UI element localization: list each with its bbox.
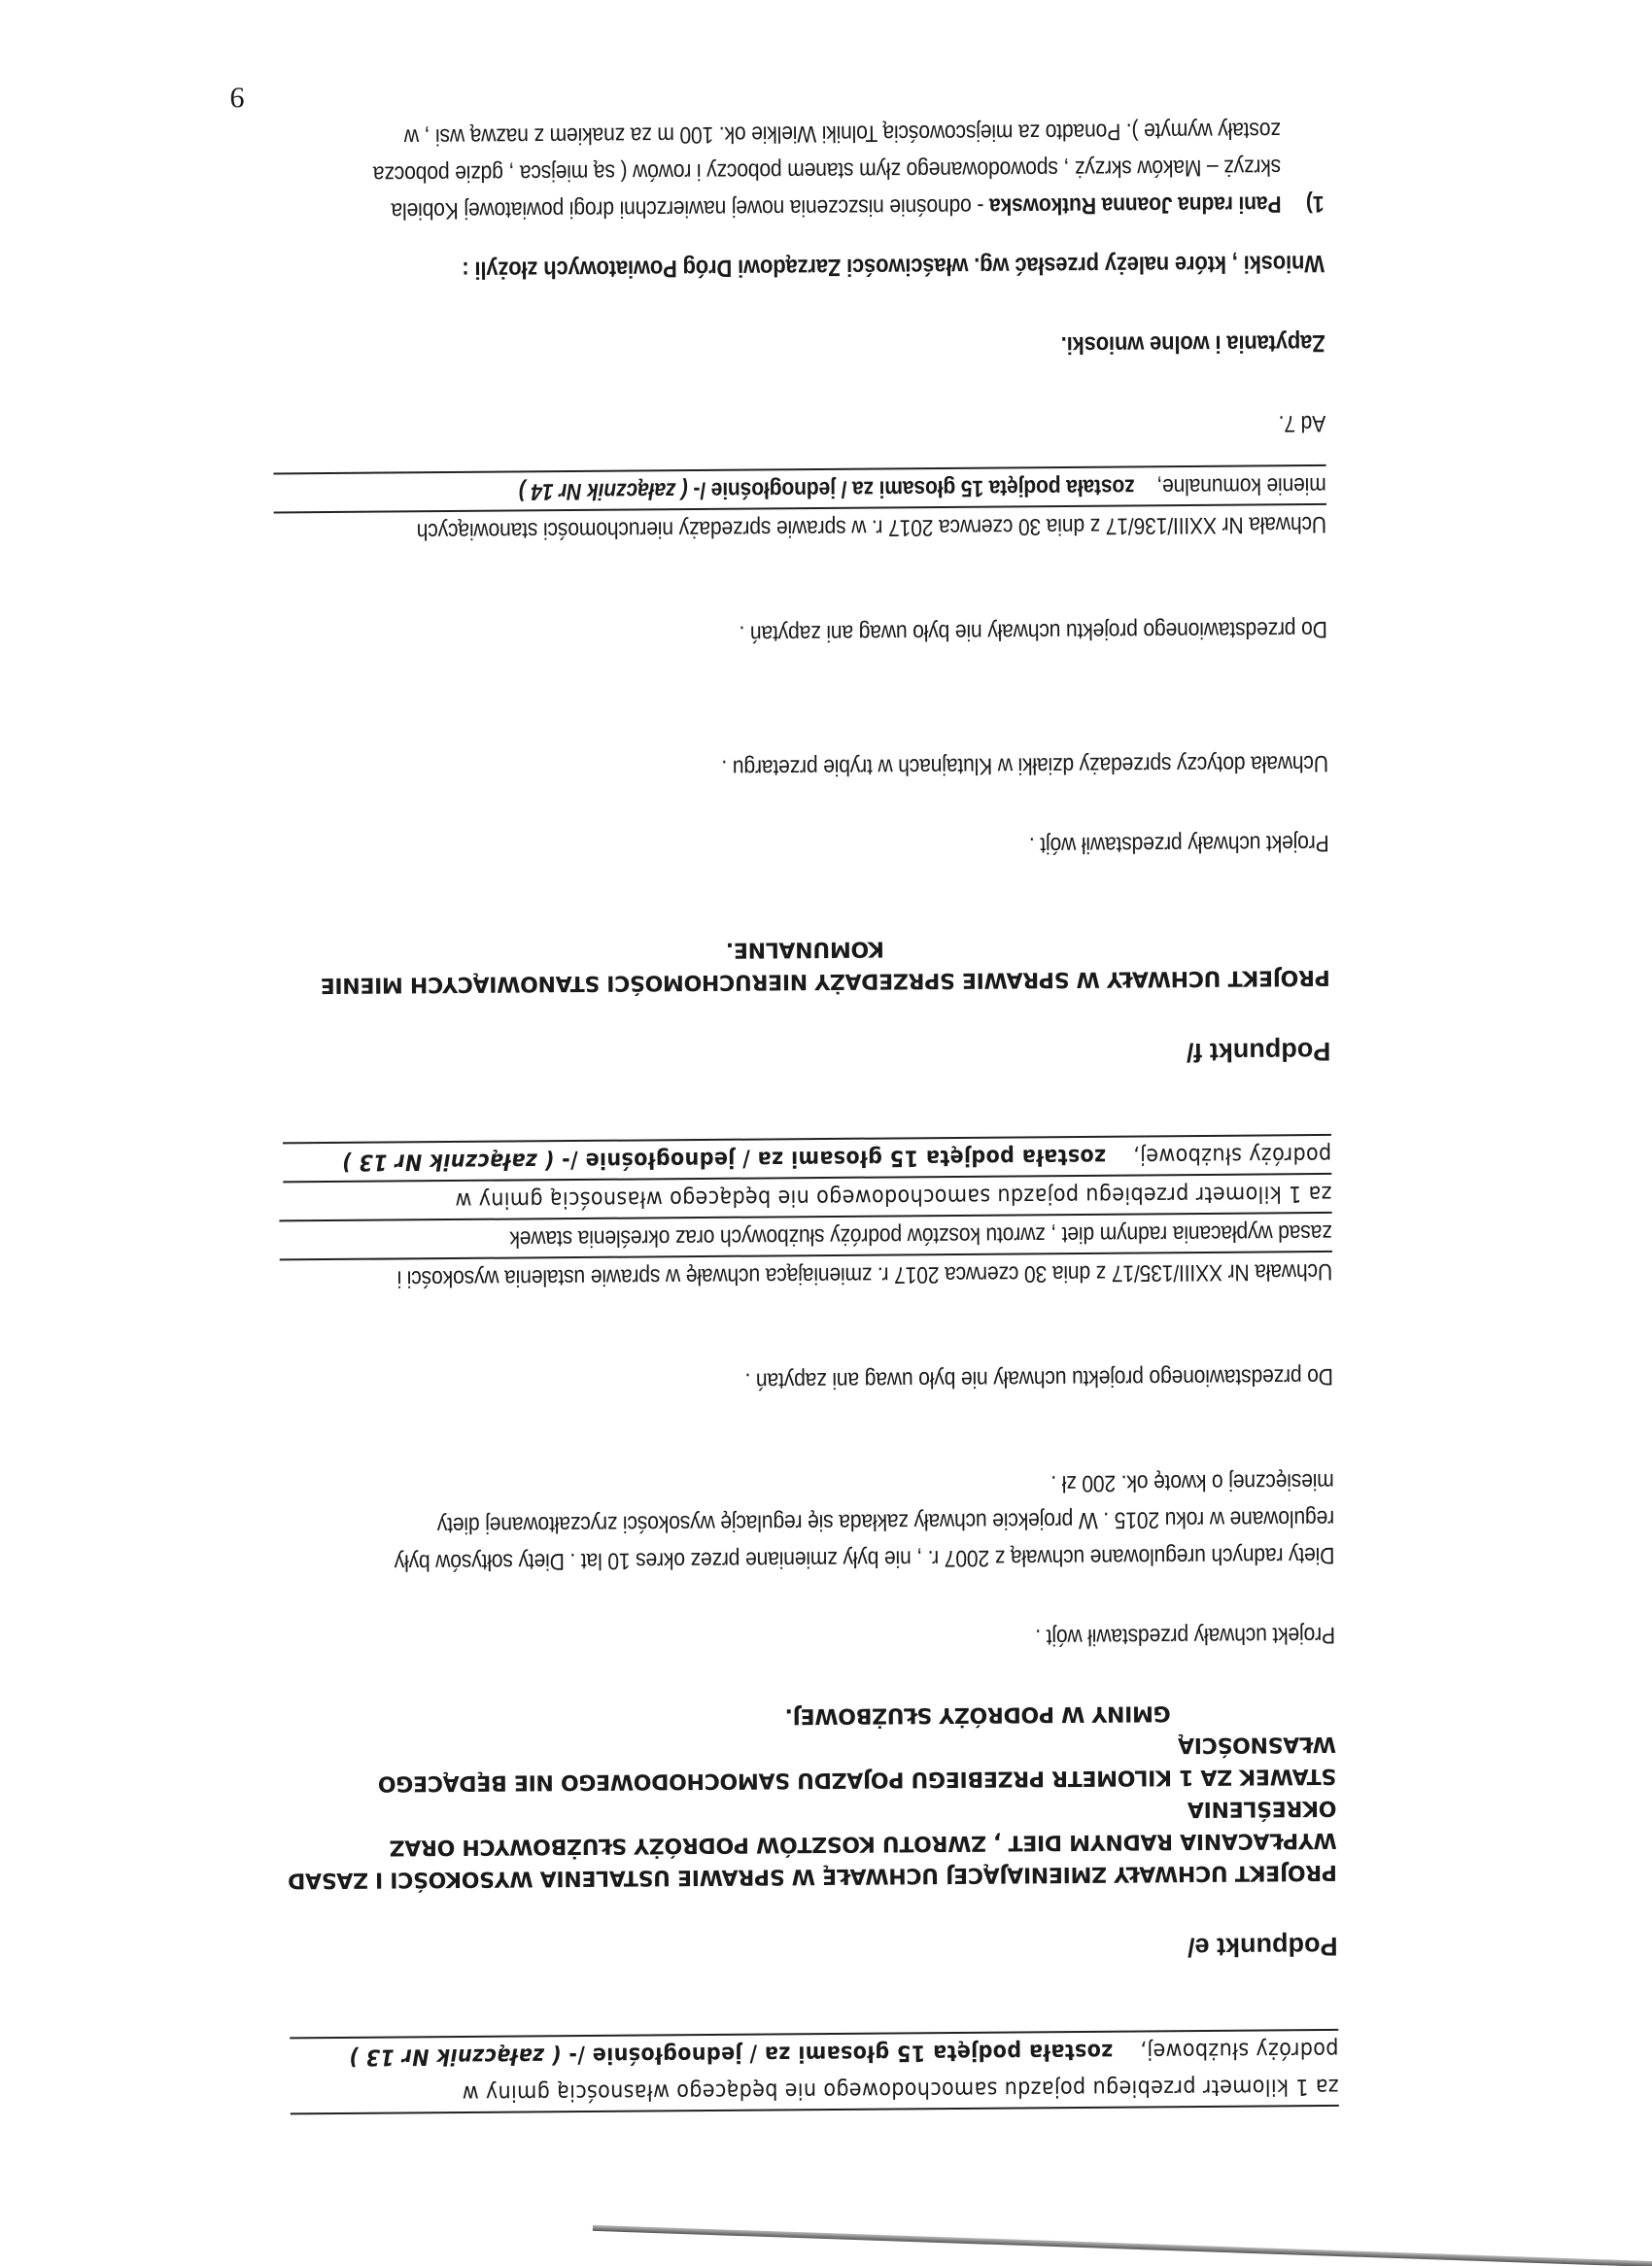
- continuation-block: za 1 kilometr przebiegu pojazdu samochod…: [289, 2029, 1339, 2114]
- section-f-vote-result: została podjęta 15 głosami za / jednogło…: [688, 473, 1135, 503]
- section-e-heading: PROJEKT UCHWAŁY ZMIENIAJĄCEJ UCHWAŁĘ W S…: [287, 1696, 1338, 1896]
- document-body: za 1 kilometr przebiegu pojazdu samochod…: [274, 111, 1339, 2114]
- section-e-heading-line: WYPŁACANIA RADNYM DIET , ZWROTU KOSZTÓW …: [287, 1792, 1336, 1864]
- section-e-resolution: Uchwała Nr XXIII/135/17 z dnia 30 czerwc…: [282, 1134, 1332, 1297]
- section-e-description: Diety radnych uregulowane uchwałą z 2007…: [285, 1462, 1335, 1581]
- motion-item-person: Pani radna Joanna Rutkowska: [989, 190, 1282, 219]
- section-f-resolution-line: mienie komunalne, została podjęta 15 gło…: [273, 464, 1326, 512]
- section-e-vote-result: została podjęta 15 głosami za / jednogło…: [554, 1144, 1106, 1173]
- section-f-resolution-line: Uchwała Nr XXIII/136/17 z dnia 30 czerwc…: [274, 503, 1327, 551]
- motion-item-text: - odnośnie niszczenia nowej nawierzchni …: [392, 193, 990, 224]
- continuation-line-2-plain: podróży służbowej,: [1140, 2037, 1338, 2064]
- section-f-resolution: Uchwała Nr XXIII/136/17 z dnia 30 czerwc…: [277, 464, 1327, 550]
- section-e-heading-line: STAWEK ZA 1 KILOMETR PRZEBIEGU POJAZDU S…: [287, 1728, 1336, 1800]
- continuation-attachment-ref: ( załącznik Nr 13 ): [349, 2043, 562, 2070]
- motion-item-number: 1): [1281, 185, 1324, 222]
- section-f-heading: PROJEKT UCHWAŁY W SPRAWIE SPRZEDAŻY NIER…: [280, 929, 1329, 1001]
- section-e-resolution-line: Uchwała Nr XXIII/135/17 z dnia 30 czerwc…: [280, 1251, 1333, 1298]
- scan-shadow-edge: [593, 2225, 1652, 2266]
- continuation-vote-result: została podjęta 15 głosami za / jednogło…: [561, 2039, 1113, 2068]
- section-e-attachment-ref: ( załącznik Nr 13 ): [342, 1148, 555, 1175]
- section-e-resolution-line: podróży służbowej, została podjęta 15 gł…: [283, 1134, 1331, 1181]
- motion-item: 1)Pani radna Joanna Rutkowska - odnośnie…: [274, 111, 1325, 229]
- section-e-resolution-plain: podróży służbowej,: [1133, 1142, 1331, 1169]
- continuation-line-1: za 1 kilometr przebiegu pojazdu samochod…: [291, 2068, 1339, 2114]
- continuation-line-2: podróży służbowej, została podjęta 15 gł…: [290, 2029, 1338, 2076]
- section-f-resolution-plain: mienie komunalne,: [1156, 472, 1325, 499]
- motion-list: 1)Pani radna Joanna Rutkowska - odnośnie…: [274, 111, 1325, 229]
- section-e-resolution-line: za 1 kilometr przebiegu pojazdu samochod…: [283, 1173, 1331, 1219]
- scanned-document-page: za 1 kilometr przebiegu pojazdu samochod…: [0, 0, 1652, 2266]
- section-f-attachment-ref: ( załącznik Nr 14 ): [519, 477, 688, 504]
- page-number: 9: [229, 81, 244, 114]
- section-e-resolution-line: zasad wypłacania radnym diet , zwrotu ko…: [279, 1212, 1332, 1259]
